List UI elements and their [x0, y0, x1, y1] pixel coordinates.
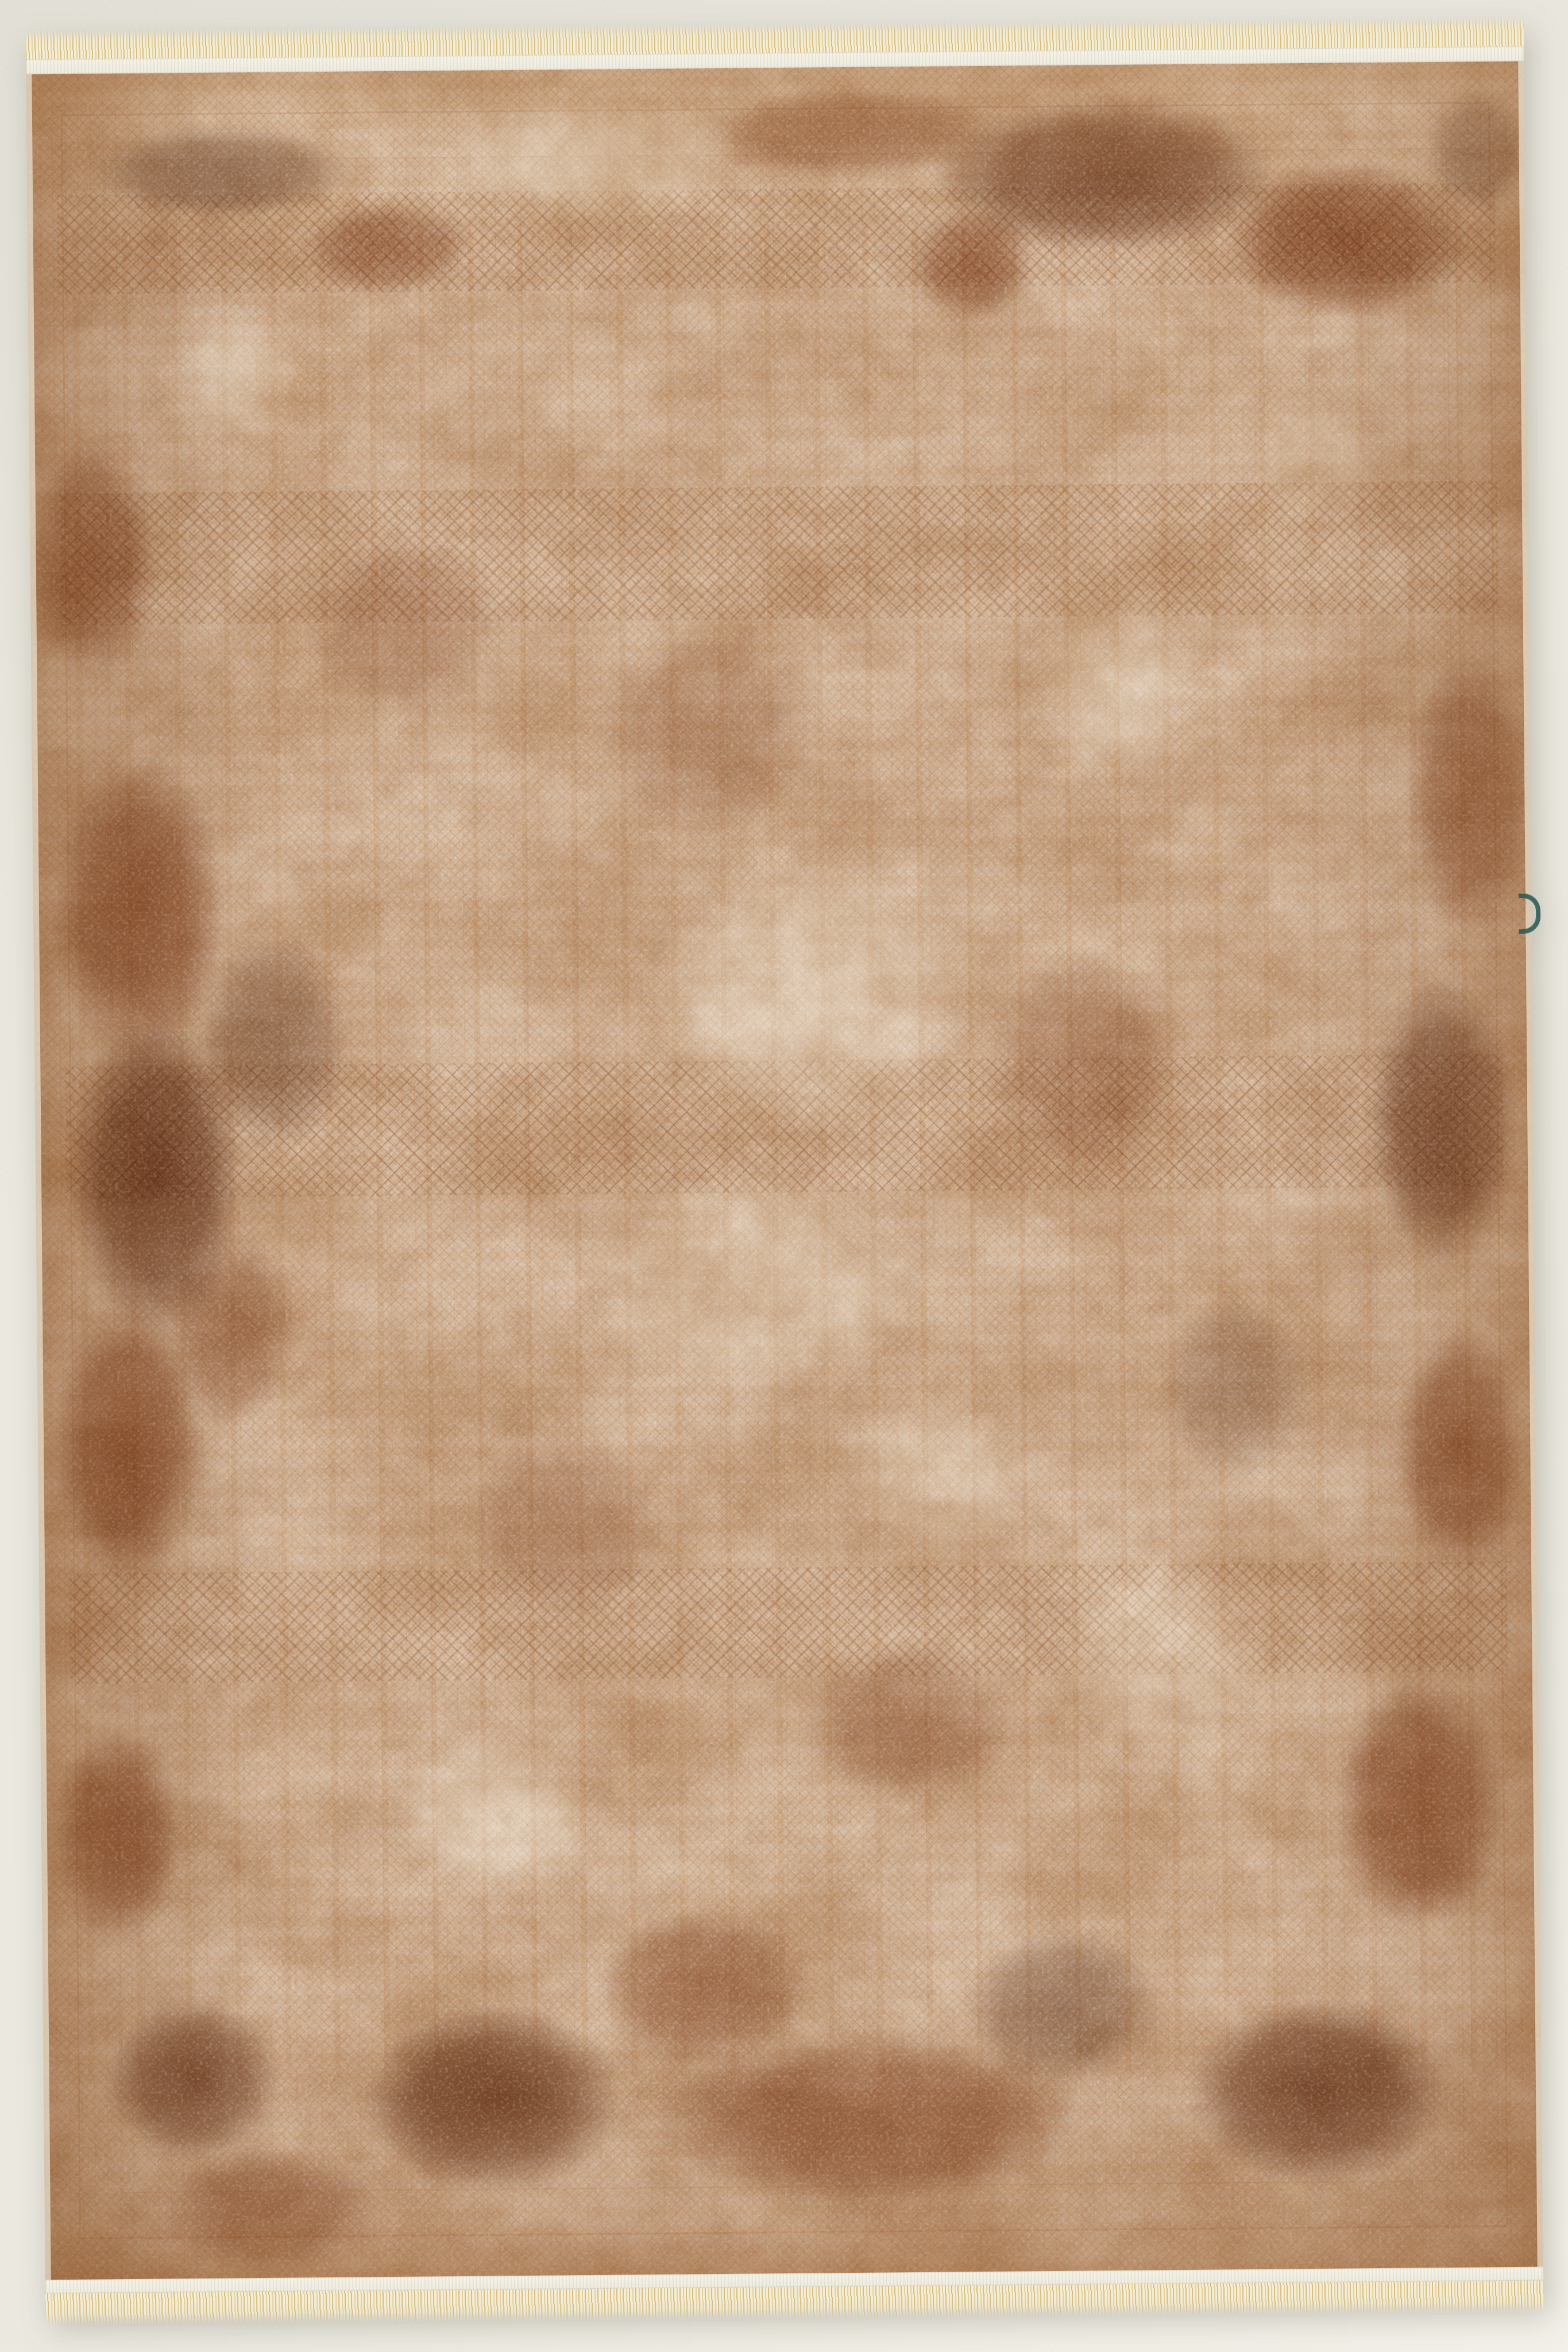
edge-vignette: [26, 61, 1543, 2280]
rug-field: [26, 61, 1543, 2280]
rug: [26, 17, 1544, 2326]
studio-backdrop: [0, 0, 1568, 2352]
hang-tag-loop: [1519, 894, 1541, 934]
